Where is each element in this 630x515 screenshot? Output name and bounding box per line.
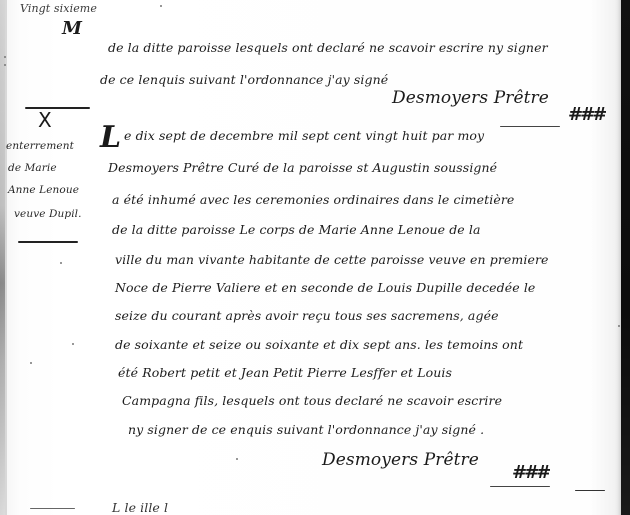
burial-cross-mark: X — [38, 108, 52, 132]
previous-entry-line: de la ditte paroisse lesquels ont declar… — [108, 40, 548, 55]
page-header: Vingt sixieme — [20, 2, 97, 15]
entry-line: e dix sept de decembre mil sept cent vin… — [124, 128, 484, 143]
scan-speck — [30, 362, 32, 364]
entry-line: Noce de Pierre Valiere et en seconde de … — [115, 280, 535, 295]
entry-signature: Desmoyers Prêtre — [322, 450, 479, 470]
entry-line: ny signer de ce enquis suivant l'ordonna… — [128, 422, 484, 437]
next-entry-rule — [30, 508, 75, 509]
scan-speck — [160, 5, 162, 7]
signature-underline — [490, 486, 550, 487]
entry-line: Desmoyers Prêtre Curé de la paroisse st … — [108, 160, 497, 175]
register-page: Vingt sixieme M de la ditte paroisse les… — [0, 0, 630, 515]
signature-text: Desmoyers Prêtre — [322, 450, 479, 470]
entry-line: seize du courant après avoir reçu tous s… — [115, 308, 499, 323]
margin-note-line: Anne Lenoue — [8, 184, 79, 196]
scan-dark-border — [621, 0, 630, 515]
entry-initial-letter: L — [100, 120, 121, 155]
closing-flourish — [575, 490, 605, 491]
entry-line: de la ditte paroisse Le corps de Marie A… — [112, 222, 481, 237]
scan-speck — [618, 325, 620, 327]
signature-paraph-mark: ### — [568, 104, 604, 125]
entry-line: de soixante et seize ou soixante et dix … — [115, 337, 523, 352]
scan-speck — [72, 343, 74, 345]
margin-note-line: de Marie — [8, 162, 57, 174]
scan-speck — [4, 64, 6, 66]
entry-line: Campagna fils, lesquels ont tous declaré… — [122, 393, 502, 408]
margin-rule-bottom — [18, 241, 78, 243]
page-marker: M — [62, 18, 82, 39]
scan-speck — [236, 458, 238, 460]
margin-rule-top — [25, 107, 90, 109]
entry-line: ville du man vivante habitante de cette … — [115, 252, 549, 267]
entry-line: été Robert petit et Jean Petit Pierre Le… — [118, 365, 452, 380]
signature-paraph-mark: ### — [512, 462, 548, 483]
scan-speck — [4, 56, 6, 58]
previous-entry-line: de ce lenquis suivant l'ordonnance j'ay … — [100, 72, 388, 87]
previous-entry-signature: Desmoyers Prêtre — [392, 88, 549, 108]
scan-speck — [60, 262, 62, 264]
margin-note-line: enterrement — [6, 140, 74, 152]
page-shadow — [615, 0, 621, 515]
page-binding-line — [5, 0, 7, 515]
margin-note-line: veuve Dupil. — [14, 208, 82, 220]
entry-line: a été inhumé avec les ceremonies ordinai… — [112, 192, 514, 207]
next-entry-fragment: L le ille l — [112, 500, 168, 515]
signature-text: Desmoyers Prêtre — [392, 88, 549, 108]
signature-underline — [500, 126, 560, 127]
